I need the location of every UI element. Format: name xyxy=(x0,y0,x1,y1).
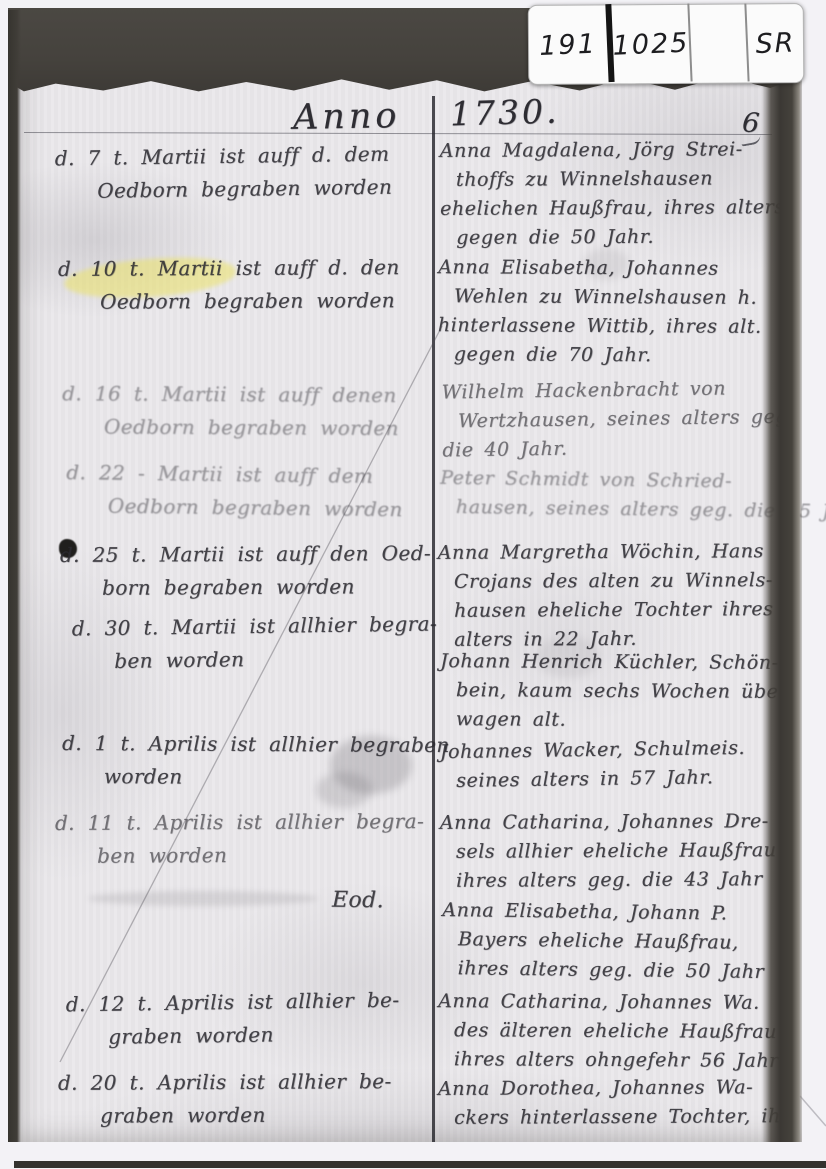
entry-line: Anna Elisabetha, Johann P. xyxy=(442,896,765,929)
burial-entry-left: d. 22 - Martii ist auff dem Oedborn begr… xyxy=(66,456,404,526)
burial-entry-left: d. 25 t. Martii ist auff den Oed- born b… xyxy=(60,537,431,605)
eodem-abbreviation: Eod. xyxy=(332,884,384,918)
entry-line: wagen alt. xyxy=(440,705,788,736)
entry-line: Anna Elisabetha, Johannes xyxy=(438,253,762,284)
entry-line: d. 22 - Martii ist auff dem xyxy=(66,456,403,493)
deceased-entry-right: Anna Elisabetha, Johannes Wehlen zu Winn… xyxy=(438,253,762,371)
entry-line: graben worden xyxy=(66,1017,400,1055)
burial-entry-left: d. 7 t. Martii ist auff d. dem Oedborn b… xyxy=(55,138,393,209)
entry-line: d. 16 t. Martii ist auff denen xyxy=(62,377,399,412)
reference-number-cell: 191 xyxy=(527,4,614,85)
entry-line: ihres alters geg. die 50 Jahr xyxy=(441,954,764,987)
entry-line: die 40 Jahr. xyxy=(442,432,795,466)
entry-line: graben worden xyxy=(58,1098,392,1133)
entry-line: seines alters in 57 Jahr. xyxy=(440,763,746,796)
header-anno: Anno xyxy=(293,96,401,138)
entry-line: ihres alters geg. die 43 Jahr xyxy=(440,865,777,896)
entry-line: d. 10 t. Martii ist auff d. den xyxy=(58,251,400,286)
entry-line: d. 7 t. Martii ist auff d. dem xyxy=(55,138,392,176)
deceased-entry-right: Anna Dorothea, Johannes Wa- ckers hinter… xyxy=(438,1073,795,1133)
header-year: 1730. xyxy=(450,92,560,134)
entry-line: thoffs zu Winnelshausen xyxy=(440,164,785,195)
deceased-entry-right: Anna Catharina, Johannes Dre- sels allhi… xyxy=(440,807,777,896)
entry-line: gegen die 50 Jahr. xyxy=(440,222,785,253)
scan-border-left xyxy=(8,10,21,1142)
scan-border-bottom xyxy=(14,1161,826,1168)
entry-line: d. 25 t. Martii ist auff den Oed- xyxy=(60,537,431,572)
entry-line: Anna Magdalena, Jörg Strei- xyxy=(440,135,785,166)
entry-line: Anna Margretha Wöchin, Hans xyxy=(438,537,774,568)
deceased-entry-right: Anna Catharina, Johannes Wa. des älteren… xyxy=(438,987,779,1076)
burial-entry-left: d. 1 t. Aprilis ist allhier begraben wor… xyxy=(62,727,450,795)
entry-line: d. 1 t. Aprilis ist allhier begraben xyxy=(62,727,450,762)
reference-number-cell xyxy=(689,3,749,83)
entry-line: d. 12 t. Aprilis ist allhier be- xyxy=(66,984,400,1022)
scan-border-right xyxy=(762,76,802,1142)
burial-entry-left: d. 16 t. Martii ist auff denen Oedborn b… xyxy=(62,377,399,445)
entry-line: d. 11 t. Aprilis ist allhier begra- xyxy=(55,805,424,840)
entry-line: Wehlen zu Winnelshausen h. xyxy=(438,282,762,313)
entry-line: Anna Dorothea, Johannes Wa- xyxy=(438,1073,795,1104)
entry-line: d. 20 t. Aprilis ist allhier be- xyxy=(58,1065,392,1100)
entry-line: hausen eheliche Tochter ihres xyxy=(438,595,774,626)
deceased-entry-right: Johannes Wacker, Schulmeis. seines alter… xyxy=(440,734,746,796)
deceased-entry-right: Johann Henrich Küchler, Schön- bein, kau… xyxy=(440,647,789,736)
deceased-entry-right: Anna Margretha Wöchin, Hans Crojans des … xyxy=(438,537,774,655)
entry-line: Oedborn begraben worden xyxy=(58,284,400,319)
deceased-entry-right: Wilhelm Hackenbracht von Wertzhausen, se… xyxy=(441,374,795,466)
reference-number-cell: SR xyxy=(746,3,804,83)
entry-line: hinterlassene Wittib, ihres alt. xyxy=(438,311,762,342)
entry-line: ehelichen Haußfrau, ihres alters xyxy=(440,193,785,224)
entry-line: ckers hinterlassene Tochter, ihr. xyxy=(438,1102,795,1133)
entry-line: Anna Catharina, Johannes Wa. xyxy=(438,987,779,1018)
entry-line: Johannes Wacker, Schulmeis. xyxy=(440,734,746,767)
entry-line: gegen die 70 Jahr. xyxy=(438,340,762,371)
entry-line: d. 30 t. Martii ist allhier begra- xyxy=(72,607,438,645)
entry-line: ihres alters ohngefehr 56 Jahr xyxy=(438,1045,779,1076)
entry-line: bein, kaum sechs Wochen über xyxy=(440,676,788,707)
deceased-entry-right: Anna Magdalena, Jörg Strei- thoffs zu Wi… xyxy=(440,135,785,253)
entry-line: Eod. xyxy=(332,884,384,918)
entry-line: Crojans des alten zu Winnels- xyxy=(438,566,774,597)
entry-line: Johann Henrich Küchler, Schön- xyxy=(440,647,788,678)
reference-number-cell: 1025 xyxy=(611,3,692,84)
entry-line: Oedborn begraben worden xyxy=(62,410,399,445)
entry-line: Anna Catharina, Johannes Dre- xyxy=(440,807,777,838)
burial-entry-left: d. 11 t. Aprilis ist allhier begra- ben … xyxy=(55,805,425,873)
entry-line: Oedborn begraben worden xyxy=(55,171,392,209)
faded-writing-trace xyxy=(88,891,318,906)
entry-line: Oedborn begraben worden xyxy=(66,489,403,526)
entry-line: born begraben worden xyxy=(60,570,431,605)
entry-line: ben worden xyxy=(55,838,424,873)
burial-entry-left: d. 10 t. Martii ist auff d. den Oedborn … xyxy=(58,251,400,319)
entry-line: Bayers eheliche Haußfrau, xyxy=(442,925,765,958)
burial-entry-left: d. 20 t. Aprilis ist allhier be- graben … xyxy=(58,1065,392,1133)
entry-line: ben worden xyxy=(72,640,438,678)
deceased-entry-right: Anna Elisabetha, Johann P. Bayers ehelic… xyxy=(441,896,765,987)
burial-entry-left: d. 12 t. Aprilis ist allhier be- graben … xyxy=(66,984,401,1055)
entry-line: worden xyxy=(62,760,450,795)
archival-reference-strip: 191 1025 SR xyxy=(528,3,805,85)
scanned-register-page: Anno 1730. 6 d. 7 t. Martii ist auff d. … xyxy=(0,0,826,1169)
entry-line: sels allhier eheliche Haußfrau xyxy=(440,836,777,867)
burial-entry-left: d. 30 t. Martii ist allhier begra- ben w… xyxy=(72,607,438,678)
entry-line: des älteren eheliche Haußfrau xyxy=(438,1016,779,1047)
